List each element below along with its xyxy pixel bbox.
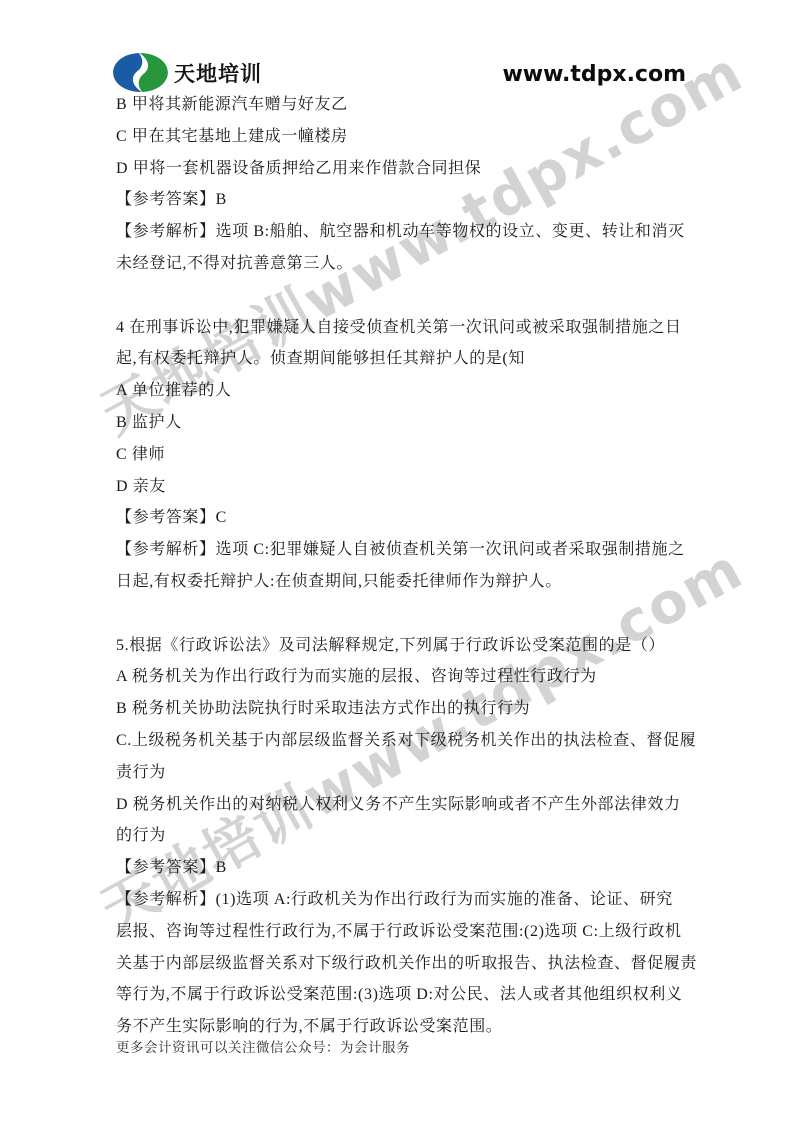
q5-answer-line: 【参考答案】B <box>116 852 696 884</box>
q3-analysis-line-1: 【参考解析】选项 B:船舶、航空器和机动车等物权的设立、变更、转让和消灭 <box>116 216 696 248</box>
q5-option-b-line: B 税务机关协助法院执行时采取违法方式作出的执行行为 <box>116 693 696 725</box>
q4-stem-line-1: 4 在刑事诉讼中,犯罪嫌疑人自接受侦查机关第一次讯问或被采取强制措施之日 <box>116 312 696 344</box>
q4-option-c-line: C 律师 <box>116 439 696 471</box>
q5-analysis-line-2: 层报、咨询等过程性行政行为,不属于行政诉讼受案范围:(2)选项 C:上级行政机 <box>116 916 696 948</box>
block-gap <box>116 598 696 630</box>
q4-option-d-line: D 亲友 <box>116 471 696 503</box>
q4-option-a-line: A 单位推荐的人 <box>116 375 696 407</box>
q5-option-d-line-2: 的行为 <box>116 820 696 852</box>
block-gap <box>116 280 696 312</box>
q5-stem-line: 5.根据《行政诉讼法》及司法解释规定,下列属于行政诉讼受案范围的是（） <box>116 630 696 662</box>
q5-analysis-line-1: 【参考解析】(1)选项 A:行政机关为作出行政行为而实施的准备、论证、研究 <box>116 884 696 916</box>
document-body: B 甲将其新能源汽车赠与好友乙 C 甲在其宅基地上建成一幢楼房 D 甲将一套机器… <box>116 89 696 1043</box>
q5-option-a-line: A 税务机关为作出行政行为而实施的层报、咨询等过程性行政行为 <box>116 661 696 693</box>
q5-analysis-line-3: 关基于内部层级监督关系对下级行政机关作出的听取报告、执法检查、督促履责 <box>116 948 696 980</box>
q4-stem-line-2: 起,有权委托辩护人。侦查期间能够担任其辩护人的是(知 <box>116 343 696 375</box>
q5-option-c-line-2: 责行为 <box>116 757 696 789</box>
q4-analysis-line-1: 【参考解析】选项 C:犯罪嫌疑人自被侦查机关第一次讯问或者采取强制措施之 <box>116 534 696 566</box>
q5-analysis-line-4: 等行为,不属于行政诉讼受案范围:(3)选项 D:对公民、法人或者其他组织权利义 <box>116 979 696 1011</box>
q4-answer-line: 【参考答案】C <box>116 502 696 534</box>
q3-option-b-line: B 甲将其新能源汽车赠与好友乙 <box>116 89 696 121</box>
brand-logo-icon <box>111 51 170 94</box>
q5-option-c-line-1: C.上级税务机关基于内部层级监督关系对下级税务机关作出的执法检查、督促履 <box>116 725 696 757</box>
q3-option-c-line: C 甲在其宅基地上建成一幢楼房 <box>116 121 696 153</box>
q3-answer-line: 【参考答案】B <box>116 184 696 216</box>
q3-analysis-line-2: 未经登记,不得对抗善意第三人。 <box>116 248 696 280</box>
footer-note: 更多会计资讯可以关注微信公众号：为会计服务 <box>116 1036 410 1056</box>
logo-blue-swirl <box>113 53 142 92</box>
site-url: www.tdpx.com <box>480 62 686 87</box>
q5-option-d-line-1: D 税务机关作出的对纳税人权利义务不产生实际影响或者不产生外部法律效力 <box>116 789 696 821</box>
logo-green-swirl <box>139 53 168 92</box>
brand-name: 天地培训 <box>174 58 262 88</box>
q4-option-b-line: B 监护人 <box>116 407 696 439</box>
q4-analysis-line-2: 日起,有权委托辩护人:在侦查期间,只能委托律师作为辩护人。 <box>116 566 696 598</box>
document-page: 天地培训www.tdpx.com 天地培训www.tdpx.com 天地培训 w… <box>0 0 793 1122</box>
q3-option-d-line: D 甲将一套机器设备质押给乙用来作借款合同担保 <box>116 153 696 185</box>
